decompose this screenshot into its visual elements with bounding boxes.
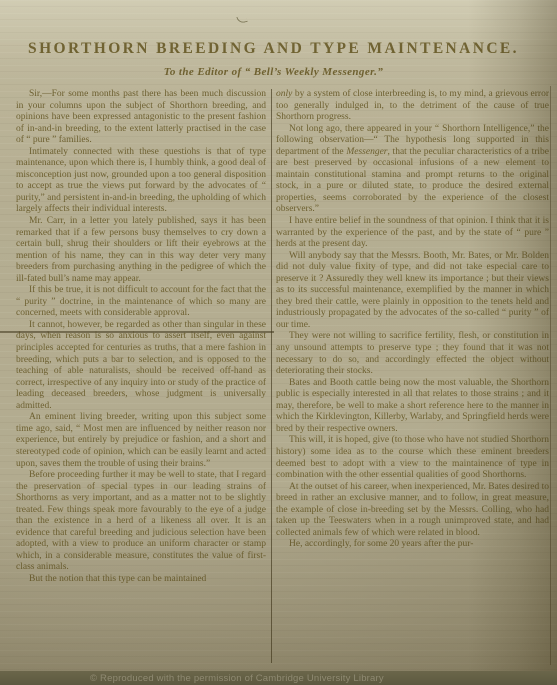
paragraph: Not long ago, there appeared in your “ S…: [276, 124, 549, 216]
article-body: Sir,—For some months past there has been…: [16, 89, 549, 669]
paragraph: An eminent living breeder, writing upon …: [16, 412, 266, 470]
page-subtitle: To the Editor of “ Bell’s Weekly Messeng…: [0, 66, 547, 78]
paragraph: only by a system of close interbreeding …: [276, 89, 549, 124]
copyright-notice: © Reproduced with the permission of Camb…: [0, 673, 384, 684]
paragraph: Sir,—For some months past there has been…: [16, 89, 266, 147]
paragraph: At the outset of his career, when inexpe…: [276, 482, 549, 540]
page-title: SHORTHORN BREEDING AND TYPE MAINTENANCE.: [0, 40, 547, 58]
paragraph: But the notion that this type can be mai…: [16, 574, 266, 586]
paragraph: I have entire belief in the soundness of…: [276, 216, 549, 251]
footer-bar: © Reproduced with the permission of Camb…: [0, 671, 557, 685]
page-edge-rule: [550, 86, 551, 665]
paragraph: Mr. Carr, in a letter you lately publish…: [16, 216, 266, 285]
paragraph: Bates and Booth cattle being now the mos…: [276, 378, 549, 436]
paragraph: They were not willing to sacrifice ferti…: [276, 331, 549, 377]
paragraph: Will anybody say that the Messrs. Booth,…: [276, 251, 549, 332]
column-left: Sir,—For some months past there has been…: [16, 89, 266, 669]
column-right: only by a system of close interbreeding …: [276, 89, 549, 669]
paragraph: Before proceeding further it may be well…: [16, 470, 266, 574]
paragraph: He, accordingly, for some 20 years after…: [276, 539, 549, 551]
paragraph: It cannot, however, be regarded as other…: [16, 320, 266, 412]
paragraph: If this be true, it is not difficult to …: [16, 285, 266, 320]
column-divider: [271, 89, 272, 663]
ink-mark: [236, 15, 247, 24]
paragraph: Intimately connected with these questioh…: [16, 147, 266, 216]
scanned-document-page: SHORTHORN BREEDING AND TYPE MAINTENANCE.…: [0, 0, 557, 685]
paragraph: This will, it is hoped, give (to those w…: [276, 435, 549, 481]
